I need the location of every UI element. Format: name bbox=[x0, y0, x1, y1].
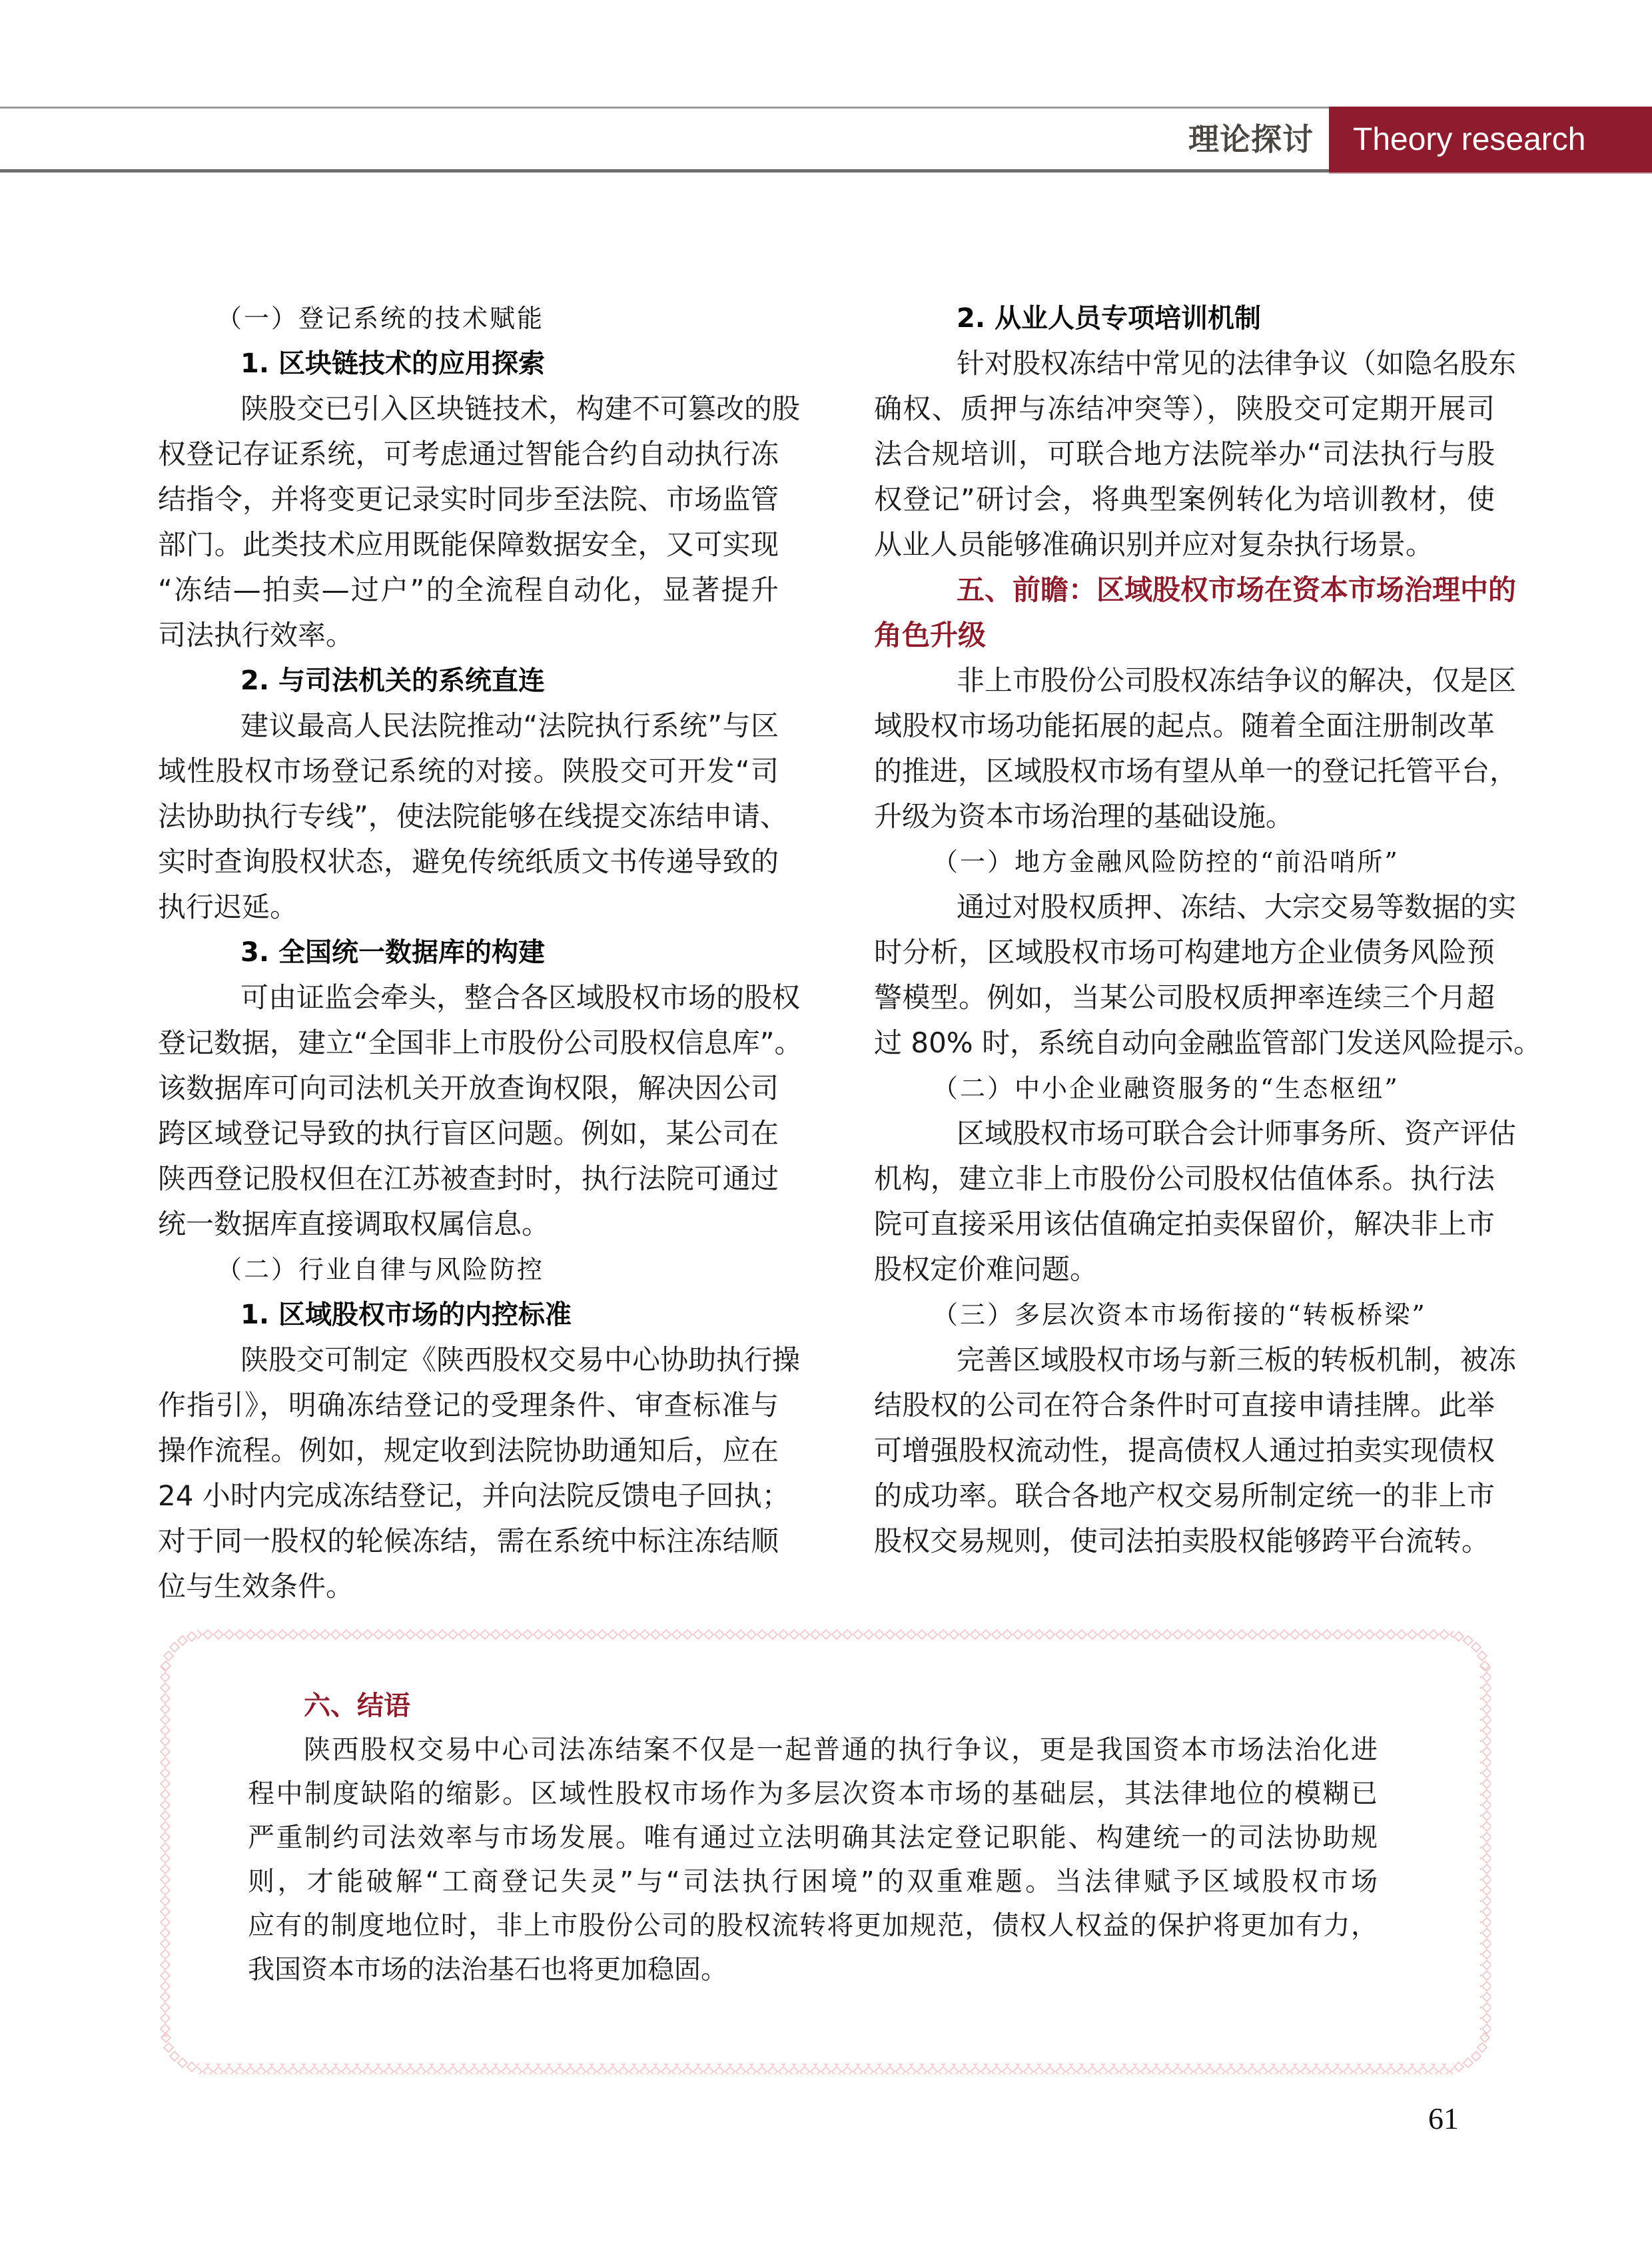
text-line: 域股权市场功能拓展的起点。随着全面注册制改革 bbox=[874, 703, 1495, 749]
item-heading: 1. 区块链技术的应用探索 bbox=[158, 341, 779, 386]
section-heading: 角色升级 bbox=[874, 613, 1495, 658]
text-line: 非上市股份公司股权冻结争议的解决，仅是区 bbox=[874, 658, 1495, 703]
text-line: 严重制约司法效率与市场发展。唯有通过立法明确其法定登记职能、构建统一的司法协助规 bbox=[248, 1816, 1378, 1860]
text-line: 部门。此类技术应用既能保障数据安全，又可实现 bbox=[158, 522, 779, 567]
text-line: 从业人员能够准确识别并应对复杂执行场景。 bbox=[874, 522, 1495, 567]
text-line: 院可直接采用该估值确定拍卖保留价，解决非上市 bbox=[874, 1202, 1495, 1247]
text-line: 陕股交已引入区块链技术，构建不可篡改的股 bbox=[158, 386, 779, 432]
section-band: Theory research bbox=[1329, 107, 1652, 173]
paragraph: 建议最高人民法院推动“法院执行系统”与区 域性股权市场登记系统的对接。陕股交可开… bbox=[158, 703, 779, 930]
right-column: 2. 从业人员专项培训机制 针对股权冻结中常见的法律争议（如隐名股东 确权、质押… bbox=[874, 296, 1495, 1564]
text-line: 实时查询股权状态，避免传统纸质文书传递导致的 bbox=[158, 839, 779, 885]
text-line: “冻结—拍卖—过户”的全流程自动化，显著提升 bbox=[158, 567, 779, 613]
paragraph: 陕股交可制定《陕西股权交易中心协助执行操 作指引》，明确冻结登记的受理条件、审查… bbox=[158, 1337, 779, 1609]
text-line: 该数据库可向司法机关开放查询权限，解决因公司 bbox=[158, 1066, 779, 1111]
conclusion-heading: 六、结语 bbox=[248, 1684, 1378, 1728]
subsection-heading: （一）地方金融风险防控的“前沿哨所” bbox=[874, 839, 1495, 885]
text-line: 跨区域登记导致的执行盲区问题。例如，某公司在 bbox=[158, 1111, 779, 1156]
text-line: 法协助执行专线”，使法院能够在线提交冻结申请、 bbox=[158, 794, 779, 839]
text-line: 域性股权市场登记系统的对接。陕股交可开发“司 bbox=[158, 749, 779, 794]
text-line: 对于同一股权的轮候冻结，需在系统中标注冻结顺 bbox=[158, 1519, 779, 1564]
left-column: （一）登记系统的技术赋能 1. 区块链技术的应用探索 陕股交已引入区块链技术，构… bbox=[158, 296, 779, 1609]
text-line: 确权、质押与冻结冲突等），陕股交可定期开展司 bbox=[874, 386, 1495, 432]
text-line: 股权定价难问题。 bbox=[874, 1247, 1495, 1292]
section-heading: 五、前瞻：区域股权市场在资本市场治理中的 bbox=[874, 567, 1495, 613]
conclusion-box: 六、结语 陕西股权交易中心司法冻结案不仅是一起普通的执行争议，更是我国资本市场法… bbox=[160, 1629, 1491, 2074]
text-line: 作指引》，明确冻结登记的受理条件、审查标准与 bbox=[158, 1383, 779, 1428]
subsection-heading: （三）多层次资本市场衔接的“转板桥梁” bbox=[874, 1292, 1495, 1337]
header-rule-top bbox=[0, 107, 1329, 109]
conclusion-content: 六、结语 陕西股权交易中心司法冻结案不仅是一起普通的执行争议，更是我国资本市场法… bbox=[248, 1684, 1378, 1992]
text-line: 结股权的公司在符合条件时可直接申请挂牌。此举 bbox=[874, 1383, 1495, 1428]
text-line: 权登记存证系统，可考虑通过智能合约自动执行冻 bbox=[158, 432, 779, 477]
text-line: 执行迟延。 bbox=[158, 885, 779, 930]
paragraph: 通过对股权质押、冻结、大宗交易等数据的实 时分析，区域股权市场可构建地方企业债务… bbox=[874, 885, 1495, 1066]
subsection-heading: （一）登记系统的技术赋能 bbox=[158, 296, 779, 341]
subsection-heading: （二）中小企业融资服务的“生态枢纽” bbox=[874, 1066, 1495, 1111]
text-line: 则，才能破解“工商登记失灵”与“司法执行困境”的双重难题。当法律赋予区域股权市场 bbox=[248, 1860, 1378, 1904]
text-line: 陕股交可制定《陕西股权交易中心协助执行操 bbox=[158, 1337, 779, 1383]
text-line: 通过对股权质押、冻结、大宗交易等数据的实 bbox=[874, 885, 1495, 930]
paragraph: 陕股交已引入区块链技术，构建不可篡改的股 权登记存证系统，可考虑通过智能合约自动… bbox=[158, 386, 779, 658]
text-line: 针对股权冻结中常见的法律争议（如隐名股东 bbox=[874, 341, 1495, 386]
text-line: 完善区域股权市场与新三板的转板机制，被冻 bbox=[874, 1337, 1495, 1383]
text-line: 陕西股权交易中心司法冻结案不仅是一起普通的执行争议，更是我国资本市场法治化进 bbox=[248, 1728, 1378, 1772]
text-line: 警模型。例如，当某公司股权质押率连续三个月超 bbox=[874, 975, 1495, 1020]
text-line: 我国资本市场的法治基石也将更加稳固。 bbox=[248, 1948, 1378, 1992]
paragraph: 完善区域股权市场与新三板的转板机制，被冻 结股权的公司在符合条件时可直接申请挂牌… bbox=[874, 1337, 1495, 1564]
item-heading: 1. 区域股权市场的内控标准 bbox=[158, 1292, 779, 1337]
paragraph: 针对股权冻结中常见的法律争议（如隐名股东 确权、质押与冻结冲突等），陕股交可定期… bbox=[874, 341, 1495, 567]
item-heading: 3. 全国统一数据库的构建 bbox=[158, 930, 779, 975]
text-line: 司法执行效率。 bbox=[158, 613, 779, 658]
section-title-cn: 理论探讨 bbox=[1174, 117, 1314, 161]
text-line: 机构，建立非上市股份公司股权估值体系。执行法 bbox=[874, 1156, 1495, 1202]
text-line: 区域股权市场可联合会计师事务所、资产评估 bbox=[874, 1111, 1495, 1156]
text-line: 建议最高人民法院推动“法院执行系统”与区 bbox=[158, 703, 779, 749]
subsection-heading: （二）行业自律与风险防控 bbox=[158, 1247, 779, 1292]
text-line: 权登记”研讨会，将典型案例转化为培训教材，使 bbox=[874, 477, 1495, 522]
text-line: 应有的制度地位时，非上市股份公司的股权流转将更加规范，债权人权益的保护将更加有力… bbox=[248, 1904, 1378, 1948]
text-line: 过 80% 时，系统自动向金融监管部门发送风险提示。 bbox=[874, 1020, 1495, 1066]
header-rule-bottom bbox=[0, 169, 1329, 173]
text-line: 升级为资本市场治理的基础设施。 bbox=[874, 794, 1495, 839]
paragraph: 非上市股份公司股权冻结争议的解决，仅是区 域股权市场功能拓展的起点。随着全面注册… bbox=[874, 658, 1495, 839]
text-line: 可增强股权流动性，提高债权人通过拍卖实现债权 bbox=[874, 1428, 1495, 1473]
text-line: 时分析，区域股权市场可构建地方企业债务风险预 bbox=[874, 930, 1495, 975]
item-heading: 2. 从业人员专项培训机制 bbox=[874, 296, 1495, 341]
text-line: 位与生效条件。 bbox=[158, 1564, 779, 1609]
text-line: 法合规培训，可联合地方法院举办“司法执行与股 bbox=[874, 432, 1495, 477]
text-line: 程中制度缺陷的缩影。区域性股权市场作为多层次资本市场的基础层，其法律地位的模糊已 bbox=[248, 1772, 1378, 1816]
text-line: 24 小时内完成冻结登记，并向法院反馈电子回执； bbox=[158, 1473, 779, 1519]
text-line: 股权交易规则，使司法拍卖股权能够跨平台流转。 bbox=[874, 1519, 1495, 1564]
text-line: 的推进，区域股权市场有望从单一的登记托管平台， bbox=[874, 749, 1495, 794]
section-title-en: Theory research bbox=[1353, 107, 1585, 173]
page-number: 61 bbox=[1428, 2101, 1459, 2136]
paragraph: 区域股权市场可联合会计师事务所、资产评估 机构，建立非上市股份公司股权估值体系。… bbox=[874, 1111, 1495, 1292]
text-line: 结指令，并将变更记录实时同步至法院、市场监管 bbox=[158, 477, 779, 522]
text-line: 的成功率。联合各地产权交易所制定统一的非上市 bbox=[874, 1473, 1495, 1519]
paragraph: 可由证监会牵头，整合各区域股权市场的股权 登记数据，建立“全国非上市股份公司股权… bbox=[158, 975, 779, 1247]
text-line: 操作流程。例如，规定收到法院协助通知后，应在 bbox=[158, 1428, 779, 1473]
text-line: 登记数据，建立“全国非上市股份公司股权信息库”。 bbox=[158, 1020, 779, 1066]
text-line: 陕西登记股权但在江苏被查封时，执行法院可通过 bbox=[158, 1156, 779, 1202]
item-heading: 2. 与司法机关的系统直连 bbox=[158, 658, 779, 703]
text-line: 统一数据库直接调取权属信息。 bbox=[158, 1202, 779, 1247]
text-line: 可由证监会牵头，整合各区域股权市场的股权 bbox=[158, 975, 779, 1020]
